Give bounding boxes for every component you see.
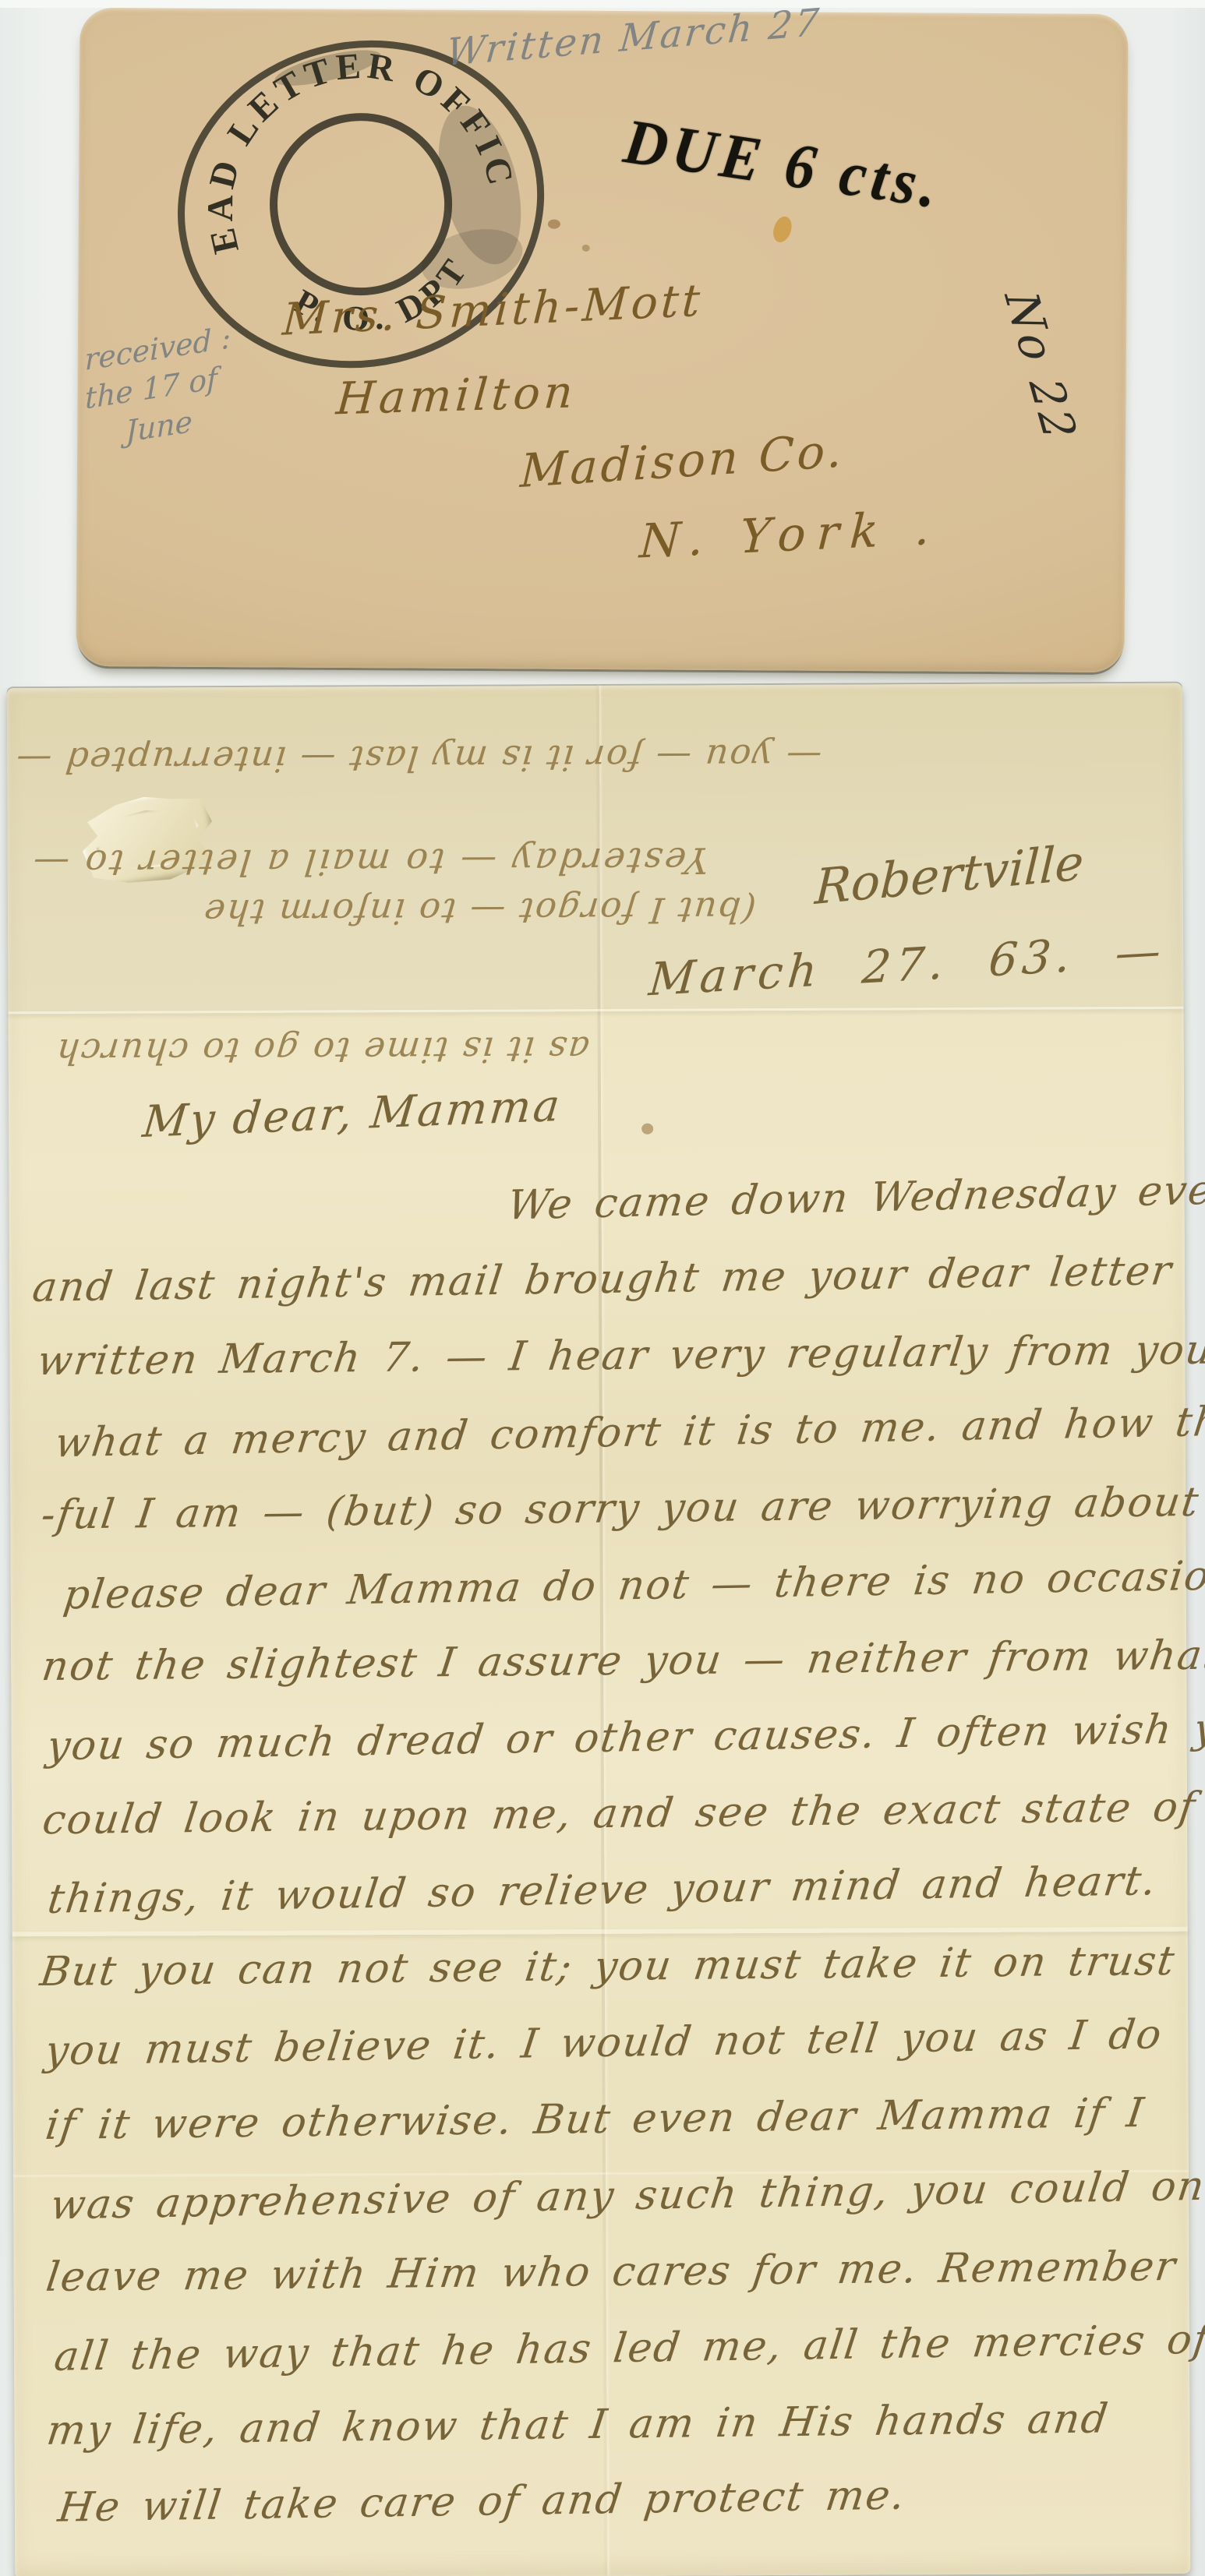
scanned-document-background: DEAD LETTER OFFICE P. O. DPT Written Mar… <box>0 0 1205 2576</box>
letter-body-line: all the way that he has led me, all the … <box>51 2317 1205 2380</box>
letter-body-line: if it were otherwise. But even dear Mamm… <box>43 2090 1147 2149</box>
letter-body-line: things, it would so relieve your mind an… <box>45 1858 1160 1923</box>
address-line-state: N. York . <box>638 500 942 569</box>
letter-body-line: you must believe it. I would not tell yo… <box>43 2011 1165 2074</box>
letter-body-line: could look in upon me, and see the exact… <box>40 1784 1199 1844</box>
foxing-spot <box>582 245 590 252</box>
letter-body-line: leave me with Him who cares for me. Reme… <box>44 2243 1179 2301</box>
foxing-spot <box>548 220 560 229</box>
inverted-crosswriting-line: as it is time to go to church <box>53 1029 591 1072</box>
ink-blot <box>641 1124 653 1134</box>
letter-page: — you — for it is my last — interrupted … <box>7 683 1191 2576</box>
letter-body-line: written March 7. — I hear very regularly… <box>35 1326 1205 1385</box>
letter-body-line: was apprehensive of any such thing, you … <box>48 2162 1205 2229</box>
letter-body-line: -ful I am — (but) so sorry you are worry… <box>38 1477 1205 1538</box>
pencil-docket-written-date: Written March 27 <box>445 0 823 75</box>
ink-stain <box>770 214 795 245</box>
letter-body-line: my life, and know that I am in His hands… <box>44 2395 1112 2454</box>
letter-body-line: He will take care of and protect me. <box>55 2472 909 2532</box>
letter-body-line: We came down Wednesday evening <box>505 1165 1205 1230</box>
postage-due-stamp: DUE 6 cts. <box>620 104 947 224</box>
envelope: DEAD LETTER OFFICE P. O. DPT Written Mar… <box>76 8 1128 672</box>
letter-salutation: My dear, Mamma <box>140 1081 564 1148</box>
filing-number: No 22 <box>994 288 1088 445</box>
horizontal-fold-crease <box>12 1927 1188 1937</box>
letter-body-line: But you can not see it; you must take it… <box>37 1938 1178 1996</box>
inverted-crosswriting-line: (but I forgot — to inform the <box>200 889 758 933</box>
letter-body-line: and last night's mail brought me your de… <box>30 1247 1175 1311</box>
address-line-town: Hamilton <box>334 366 578 425</box>
pencil-received-note: received : the 17 of June <box>84 310 286 457</box>
letter-body-line: what a mercy and comfort it is to me. an… <box>52 1397 1205 1467</box>
address-line-county: Madison Co. <box>519 423 846 498</box>
letter-body-line: not the slightest I assure you — neither… <box>39 1632 1205 1691</box>
letter-body-line: please dear Mamma do not — there is no o… <box>61 1550 1205 1618</box>
letter-body-line: you so much dread or other causes. I oft… <box>44 1705 1205 1770</box>
inverted-crosswriting-line: — you — for it is my last — interrupted … <box>12 736 823 782</box>
inverted-crosswriting-line: Yesterday — to mail a letter to — <box>29 839 711 884</box>
